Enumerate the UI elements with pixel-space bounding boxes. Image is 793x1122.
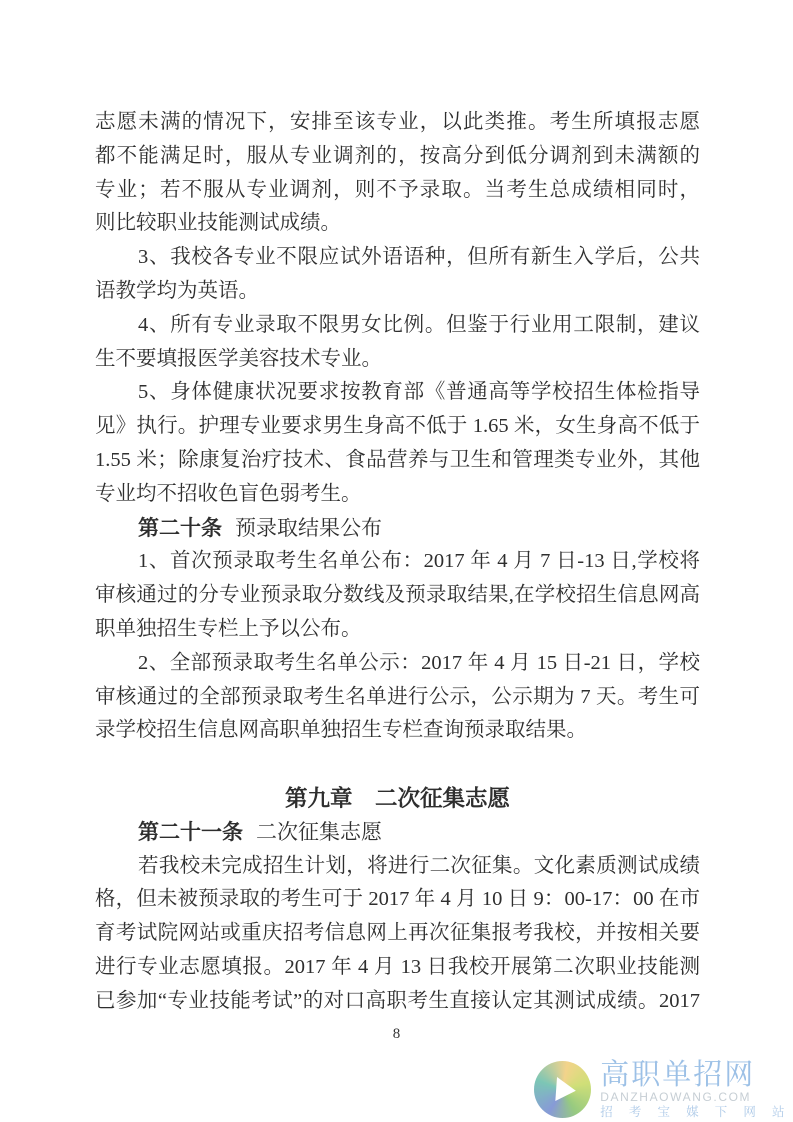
- clause-heading: 第二十条预录取结果公布: [95, 512, 700, 546]
- text-line: 3、我校各专业不限应试外语语种，但所有新生入学后，公共外: [95, 241, 700, 275]
- text-line: 审核通过的全部预录取考生名单进行公示，公示期为 7 天。考生可登: [95, 681, 700, 715]
- text-line: 进行专业志愿填报。2017 年 4 月 13 日我校开展第二次职业技能测试。: [95, 951, 700, 985]
- watermark-site-domain: DANZHAOWANG.COM: [600, 1091, 751, 1104]
- text-line: 录学校招生信息网高职单独招生专栏查询预录取结果。: [95, 714, 700, 748]
- text-line: 若我校未完成招生计划，将进行二次征集。文化素质测试成绩合: [95, 850, 700, 884]
- text-line: 2、全部预录取考生名单公示：2017 年 4 月 15 日-21 日，学校将: [95, 647, 700, 681]
- text-line: 专业；若不服从专业调剂，则不予录取。当考生总成绩相同时，: [95, 174, 700, 208]
- text-line: 见》执行。护理专业要求男生身高不低于 1.65 米，女生身高不低于: [95, 410, 700, 444]
- text-line: 1、首次预录取考生名单公布：2017 年 4 月 7 日-13 日,学校将经: [95, 545, 700, 579]
- watermark-site-name: 高职单招网: [600, 1059, 755, 1091]
- clause-number: 第二十条: [138, 516, 222, 540]
- text-line: 专业均不招收色盲色弱考生。: [95, 478, 700, 512]
- page-number: 8: [0, 1026, 793, 1043]
- watermark-site-slogan: 招 考 宝 媒 下 网 站: [600, 1105, 791, 1119]
- watermark-text-block: 高职单招网 DANZHAOWANG.COM 招 考 宝 媒 下 网 站: [600, 1059, 791, 1119]
- text-line: 志愿未满的情况下，安排至该专业，以此类推。考生所填报志愿: [95, 106, 700, 140]
- clause-title: 二次征集志愿: [256, 820, 382, 844]
- text-line: 审核通过的分专业预录取分数线及预录取结果,在学校招生信息网高: [95, 579, 700, 613]
- text-line: 则比较职业技能测试成绩。: [95, 207, 700, 241]
- blank-line: [95, 748, 700, 782]
- text-line: 育考试院网站或重庆招考信息网上再次征集报考我校，并按相关要求: [95, 917, 700, 951]
- danzhaowang-logo-icon: [534, 1061, 591, 1118]
- clause-heading: 第二十一条二次征集志愿: [95, 816, 700, 850]
- text-line: 语教学均为英语。: [95, 275, 700, 309]
- chapter-heading: 第九章 二次征集志愿: [95, 782, 700, 816]
- document-body: 志愿未满的情况下，安排至该专业，以此类推。考生所填报志愿都不能满足时，服从专业调…: [95, 106, 700, 1019]
- danzhaowang-watermark: 高职单招网 DANZHAOWANG.COM 招 考 宝 媒 下 网 站: [534, 1059, 791, 1119]
- clause-title: 预录取结果公布: [235, 516, 382, 540]
- document-page: 志愿未满的情况下，安排至该专业，以此类推。考生所填报志愿都不能满足时，服从专业调…: [0, 0, 793, 1122]
- clause-number: 第二十一条: [138, 820, 243, 844]
- text-line: 4、所有专业录取不限男女比例。但鉴于行业用工限制，建议男: [95, 309, 700, 343]
- text-line: 生不要填报医学美容技术专业。: [95, 343, 700, 377]
- text-line: 格，但未被预录取的考生可于 2017 年 4 月 10 日 9：00-17：00…: [95, 883, 700, 917]
- text-line: 职单独招生专栏上予以公布。: [95, 613, 700, 647]
- text-line: 1.55 米；除康复治疗技术、食品营养与卫生和管理类专业外，其他: [95, 444, 700, 478]
- text-line: 5、身体健康状况要求按教育部《普通高等学校招生体检指导意: [95, 376, 700, 410]
- text-line: 都不能满足时，服从专业调剂的，按高分到低分调剂到未满额的: [95, 140, 700, 174]
- text-line: 已参加“专业技能考试”的对口高职考生直接认定其测试成绩。2017: [95, 985, 700, 1019]
